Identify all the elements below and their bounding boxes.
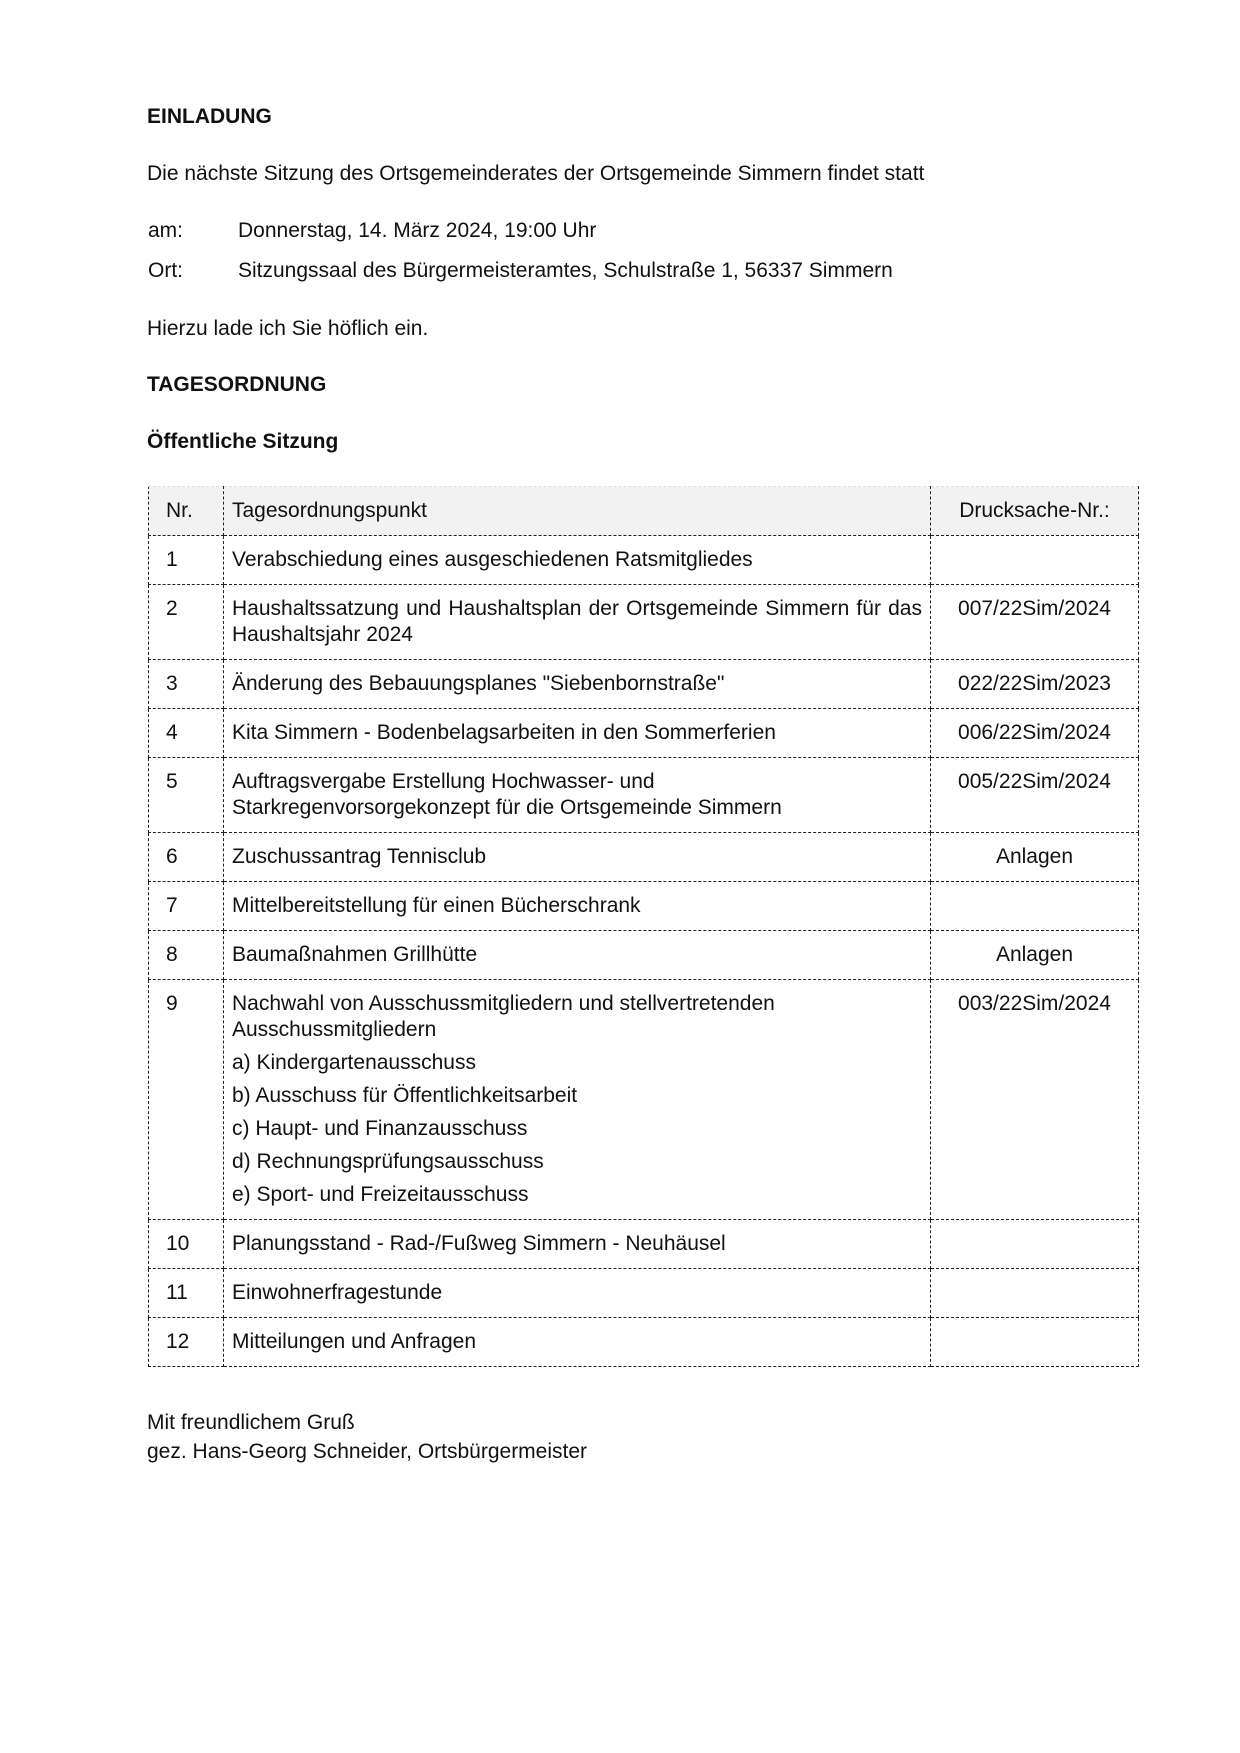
- agenda-item-line: Auftragsvergabe Erstellung Hochwasser- u…: [232, 769, 922, 795]
- cell-agenda-item: Verabschiedung eines ausgeschiedenen Rat…: [224, 536, 931, 585]
- intro-text: Die nächste Sitzung des Ortsgemeinderate…: [147, 161, 924, 187]
- cell-nr: 12: [149, 1318, 224, 1367]
- cell-agenda-item: Haushaltssatzung und Haushaltsplan der O…: [224, 585, 931, 660]
- agenda-sub-item: c) Haupt- und Finanzausschuss: [232, 1116, 922, 1142]
- agenda-heading: TAGESORDNUNG: [147, 372, 326, 398]
- table-row: 2Haushaltssatzung und Haushaltsplan der …: [149, 585, 1139, 660]
- cell-nr: 2: [149, 585, 224, 660]
- cell-drucksache: 022/22Sim/2023: [931, 660, 1139, 709]
- cell-drucksache: [931, 1220, 1139, 1269]
- cell-drucksache: 003/22Sim/2024: [931, 980, 1139, 1220]
- table-row: 5Auftragsvergabe Erstellung Hochwasser- …: [149, 758, 1139, 833]
- cell-nr: 8: [149, 931, 224, 980]
- table-row: 11Einwohnerfragestunde: [149, 1269, 1139, 1318]
- table-row: 9Nachwahl von Ausschussmitgliedern und s…: [149, 980, 1139, 1220]
- cell-agenda-item: Kita Simmern - Bodenbelagsarbeiten in de…: [224, 709, 931, 758]
- table-row: 10Planungsstand - Rad-/Fußweg Simmern - …: [149, 1220, 1139, 1269]
- cell-nr: 1: [149, 536, 224, 585]
- section-heading: Öffentliche Sitzung: [147, 429, 338, 455]
- cell-agenda-item: Mittelbereitstellung für einen Büchersch…: [224, 882, 931, 931]
- location-label: Ort:: [148, 258, 183, 284]
- agenda-item-line: Ausschussmitgliedern: [232, 1017, 922, 1043]
- closing-text: Mit freundlichem Gruß: [147, 1410, 355, 1436]
- cell-drucksache: 006/22Sim/2024: [931, 709, 1139, 758]
- cell-drucksache: Anlagen: [931, 931, 1139, 980]
- table-row: 7Mittelbereitstellung für einen Büchersc…: [149, 882, 1139, 931]
- location-value: Sitzungssaal des Bürgermeisteramtes, Sch…: [238, 258, 893, 284]
- cell-agenda-item: Zuschussantrag Tennisclub: [224, 833, 931, 882]
- table-row: 6Zuschussantrag TennisclubAnlagen: [149, 833, 1139, 882]
- column-header-item: Tagesordnungspunkt: [224, 487, 931, 536]
- cell-drucksache: [931, 536, 1139, 585]
- cell-agenda-item: Einwohnerfragestunde: [224, 1269, 931, 1318]
- table-row: 4Kita Simmern - Bodenbelagsarbeiten in d…: [149, 709, 1139, 758]
- agenda-table: Nr. Tagesordnungspunkt Drucksache-Nr.: 1…: [148, 486, 1139, 1367]
- date-value: Donnerstag, 14. März 2024, 19:00 Uhr: [238, 218, 596, 244]
- cell-nr: 7: [149, 882, 224, 931]
- cell-agenda-item: Auftragsvergabe Erstellung Hochwasser- u…: [224, 758, 931, 833]
- table-row: 8Baumaßnahmen GrillhütteAnlagen: [149, 931, 1139, 980]
- cell-drucksache: [931, 1269, 1139, 1318]
- column-header-nr: Nr.: [149, 487, 224, 536]
- cell-drucksache: [931, 882, 1139, 931]
- table-row: 1Verabschiedung eines ausgeschiedenen Ra…: [149, 536, 1139, 585]
- agenda-item-line: Starkregenvorsorgekonzept für die Ortsge…: [232, 795, 922, 821]
- cell-drucksache: Anlagen: [931, 833, 1139, 882]
- agenda-sub-item: e) Sport- und Freizeitausschuss: [232, 1182, 922, 1208]
- cell-agenda-item: Planungsstand - Rad-/Fußweg Simmern - Ne…: [224, 1220, 931, 1269]
- signature-text: gez. Hans-Georg Schneider, Ortsbürgermei…: [147, 1439, 587, 1465]
- cell-nr: 3: [149, 660, 224, 709]
- agenda-sub-item: b) Ausschuss für Öffentlichkeitsarbeit: [232, 1083, 922, 1109]
- invitation-text: Hierzu lade ich Sie höflich ein.: [147, 316, 428, 342]
- cell-drucksache: 005/22Sim/2024: [931, 758, 1139, 833]
- column-header-drucksache: Drucksache-Nr.:: [931, 487, 1139, 536]
- cell-agenda-item: Änderung des Bebauungsplanes "Siebenborn…: [224, 660, 931, 709]
- table-row: 12Mitteilungen und Anfragen: [149, 1318, 1139, 1367]
- cell-nr: 9: [149, 980, 224, 1220]
- cell-nr: 4: [149, 709, 224, 758]
- cell-agenda-item: Baumaßnahmen Grillhütte: [224, 931, 931, 980]
- agenda-item-line: Nachwahl von Ausschussmitgliedern und st…: [232, 991, 922, 1017]
- table-row: 3Änderung des Bebauungsplanes "Siebenbor…: [149, 660, 1139, 709]
- cell-nr: 5: [149, 758, 224, 833]
- cell-agenda-item: Nachwahl von Ausschussmitgliedern und st…: [224, 980, 931, 1220]
- date-label: am:: [148, 218, 183, 244]
- cell-nr: 6: [149, 833, 224, 882]
- cell-drucksache: [931, 1318, 1139, 1367]
- cell-nr: 10: [149, 1220, 224, 1269]
- cell-nr: 11: [149, 1269, 224, 1318]
- agenda-table-body: 1Verabschiedung eines ausgeschiedenen Ra…: [149, 536, 1139, 1367]
- agenda-sub-item: d) Rechnungsprüfungsausschuss: [232, 1149, 922, 1175]
- cell-drucksache: 007/22Sim/2024: [931, 585, 1139, 660]
- cell-agenda-item: Mitteilungen und Anfragen: [224, 1318, 931, 1367]
- document-title: EINLADUNG: [147, 104, 272, 130]
- agenda-sub-item: a) Kindergartenausschuss: [232, 1050, 922, 1076]
- table-header-row: Nr. Tagesordnungspunkt Drucksache-Nr.:: [149, 487, 1139, 536]
